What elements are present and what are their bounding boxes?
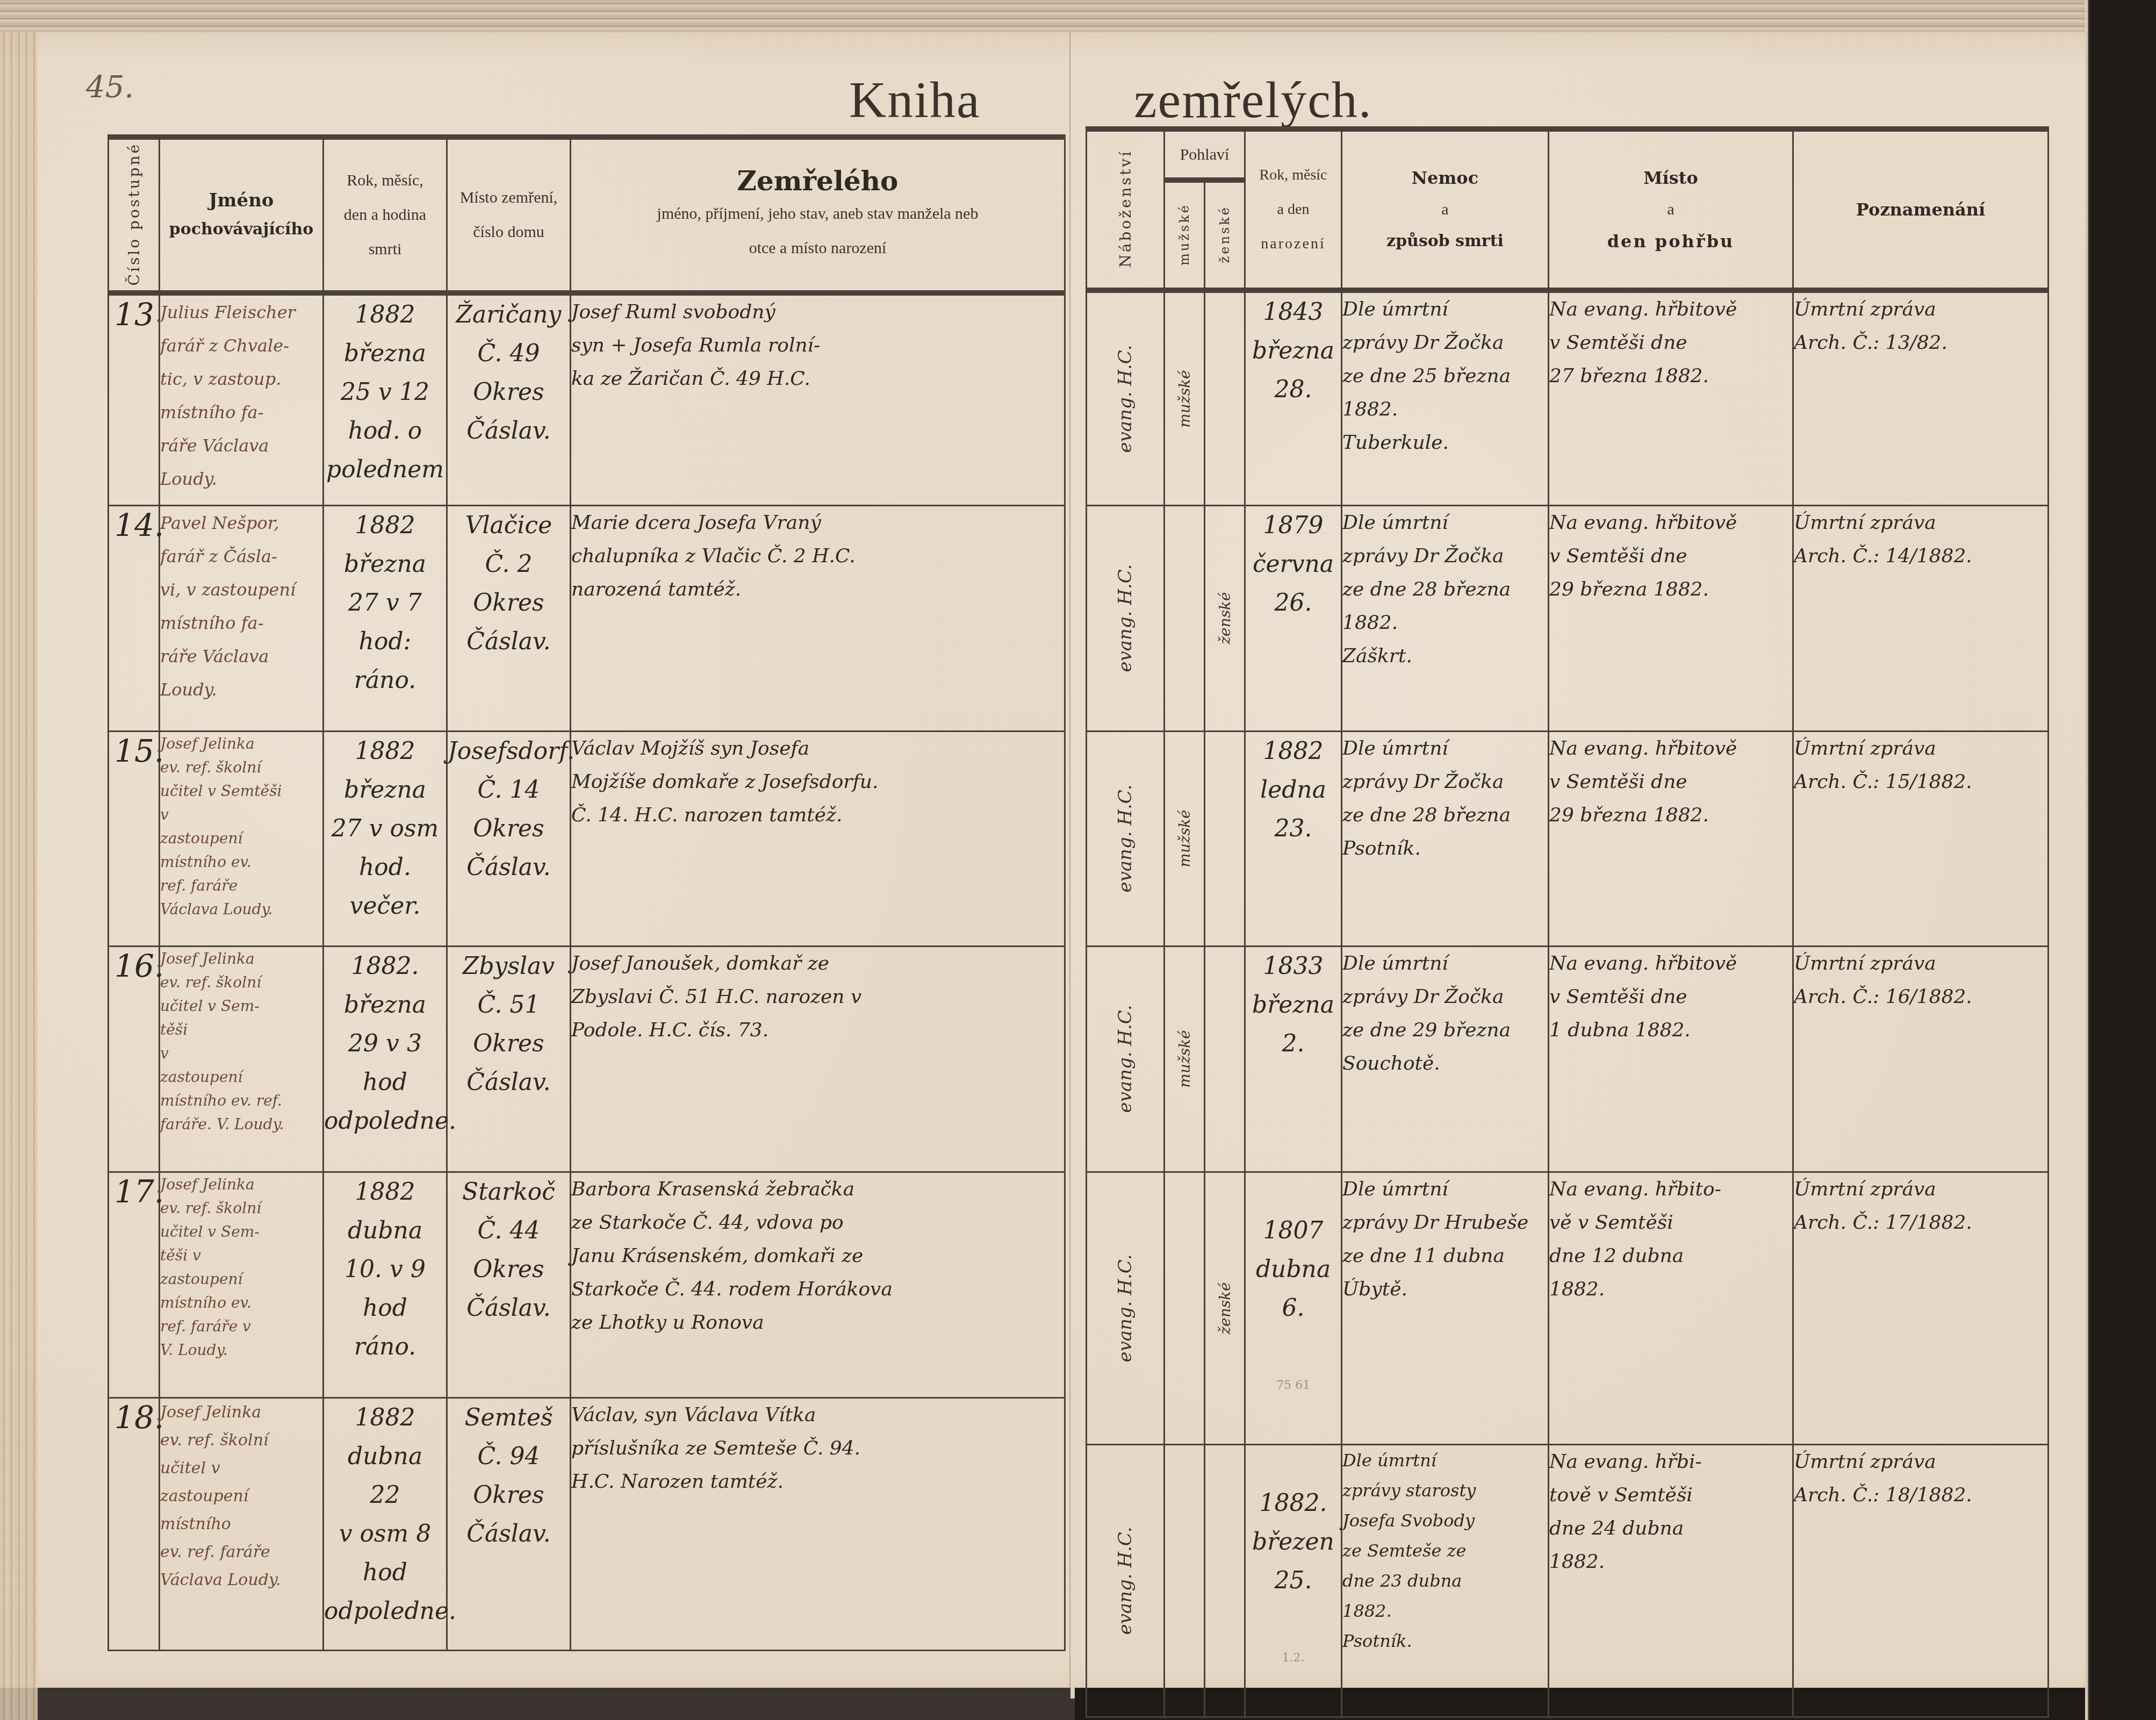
- female-cell: [1205, 731, 1245, 946]
- female-cell: [1205, 1444, 1245, 1717]
- cause-of-death: Dle úmrtní zprávy Dr Žočka ze dne 28 bře…: [1342, 731, 1549, 946]
- left-register-table: Číslo postupné Jméno pochovávajícího Rok…: [107, 134, 1066, 1651]
- table-row: 14. Pavel Nešpor, farář z Čásla- vi, v z…: [109, 505, 1065, 731]
- pencil-annotation: 75 61: [1246, 1366, 1341, 1405]
- male-cell: [1165, 1444, 1205, 1717]
- table-row: evang. H.C. ženské 1807 dubna 6. 75 61 D…: [1087, 1172, 2049, 1444]
- sex-female: ženské: [1216, 592, 1234, 644]
- entry-number: 13: [109, 293, 160, 505]
- burial-place-date: Na evang. hřbi- tově v Semtěši dne 24 du…: [1549, 1444, 1793, 1717]
- entry-number: 15.: [109, 731, 160, 946]
- header-misto-zemreni: Místo zemření, číslo domu: [447, 137, 571, 293]
- religion-cell: evang. H.C.: [1087, 290, 1165, 505]
- cause-of-death: Dle úmrtní zprávy Dr Žočka ze dne 28 bře…: [1342, 505, 1549, 731]
- burial-place-date: Na evang. hřbitově v Semtěši dne 1 dubna…: [1549, 946, 1793, 1172]
- officiant: Josef Jelinka ev. ref. školní učitel v S…: [160, 946, 324, 1172]
- table-row: evang. H.C. mužské 1882 ledna 23. Dle úm…: [1087, 731, 2049, 946]
- cause-of-death: Dle úmrtní zprávy Dr Hrubeše ze dne 11 d…: [1342, 1172, 1549, 1444]
- deceased-details: Josef Ruml svobodný syn + Josefa Rumla r…: [571, 293, 1065, 505]
- death-place: Zbyslav Č. 51 Okres Čáslav.: [447, 946, 571, 1172]
- religion: evang. H.C.: [1115, 345, 1136, 453]
- sex-female: ženské: [1216, 1282, 1234, 1334]
- birth-date: 1833 března 2.: [1245, 946, 1342, 1172]
- religion: evang. H.C.: [1115, 1526, 1136, 1635]
- header-pohlavi: Pohlaví: [1165, 129, 1245, 180]
- entry-number: 16.: [109, 946, 160, 1172]
- burial-place-date: Na evang. hřbitově v Semtěši dne 29 břez…: [1549, 731, 1793, 946]
- sex-male: mužské: [1176, 370, 1194, 427]
- religion-cell: evang. H.C.: [1087, 731, 1165, 946]
- male-cell: mužské: [1165, 290, 1205, 505]
- entry-number: 17.: [109, 1172, 160, 1397]
- religion-cell: evang. H.C.: [1087, 1444, 1165, 1717]
- birth-date: 1882. březen 25. 1.2.: [1245, 1444, 1342, 1717]
- religion-cell: evang. H.C.: [1087, 505, 1165, 731]
- officiant: Pavel Nešpor, farář z Čásla- vi, v zasto…: [160, 505, 324, 731]
- header-zemreleho: Zemřelého jméno, příjmení, jeho stav, an…: [571, 137, 1065, 293]
- remarks: Úmrtní zpráva Arch. Č.: 13/82.: [1793, 290, 2049, 505]
- table-row: evang. H.C. 1882. březen 25. 1.2. Dle úm…: [1087, 1444, 2049, 1717]
- register-title-left: Kniha: [849, 70, 981, 130]
- religion: evang. H.C.: [1115, 785, 1136, 893]
- death-date: 1882 dubna 22 v osm 8 hod odpoledne.: [324, 1397, 447, 1650]
- female-cell: ženské: [1205, 505, 1245, 731]
- register-title-right: zemřelých.: [1134, 70, 1372, 130]
- header-jmeno: Jméno pochovávajícího: [160, 137, 324, 293]
- officiant: Julius Fleischer farář z Chvale- tic, v …: [160, 293, 324, 505]
- table-row: 13 Julius Fleischer farář z Chvale- tic,…: [109, 293, 1065, 505]
- religion: evang. H.C.: [1115, 1254, 1136, 1362]
- death-place: Josefsdorf. Č. 14 Okres Čáslav.: [447, 731, 571, 946]
- male-cell: mužské: [1165, 731, 1205, 946]
- entry-number: 18.: [109, 1397, 160, 1650]
- death-place: Vlačice Č. 2 Okres Čáslav.: [447, 505, 571, 731]
- table-row: evang. H.C. mužské 1843 března 28. Dle ú…: [1087, 290, 2049, 505]
- right-register-table: Náboženství Pohlaví Rok, měsíc a den nar…: [1086, 126, 2049, 1718]
- remarks: Úmrtní zpráva Arch. Č.: 17/1882.: [1793, 1172, 2049, 1444]
- page-number: 45.: [86, 70, 134, 105]
- table-row: 17. Josef Jelinka ev. ref. školní učitel…: [109, 1172, 1065, 1397]
- header-rok-smrti: Rok, měsíc, den a hodina smrti: [324, 137, 447, 293]
- religion: evang. H.C.: [1115, 564, 1136, 672]
- table-row: 18. Josef Jelinka ev. ref. školní učitel…: [109, 1397, 1065, 1650]
- deceased-details: Josef Janoušek, domkař ze Zbyslavi Č. 51…: [571, 946, 1065, 1172]
- table-row: evang. H.C. mužské 1833 března 2. Dle úm…: [1087, 946, 2049, 1172]
- left-page-edges: [0, 0, 38, 1720]
- header-nabozenstvi: Náboženství: [1087, 129, 1165, 290]
- burial-place-date: Na evang. hřbitově v Semtěši dne 29 břez…: [1549, 505, 1793, 731]
- female-cell: [1205, 946, 1245, 1172]
- death-date: 1882 března 27 v 7 hod: ráno.: [324, 505, 447, 731]
- male-cell: [1165, 1172, 1205, 1444]
- header-poznamenani: Poznamenání: [1793, 129, 2049, 290]
- remarks: Úmrtní zpráva Arch. Č.: 16/1882.: [1793, 946, 2049, 1172]
- entry-number: 14.: [109, 505, 160, 731]
- male-cell: [1165, 505, 1205, 731]
- remarks: Úmrtní zpráva Arch. Č.: 15/1882.: [1793, 731, 2049, 946]
- right-book-edge: [2085, 0, 2156, 1720]
- table-row: 15. Josef Jelinka ev. ref. školní učitel…: [109, 731, 1065, 946]
- death-place: Starkoč Č. 44 Okres Čáslav.: [447, 1172, 571, 1397]
- officiant: Josef Jelinka ev. ref. školní učitel v z…: [160, 1397, 324, 1650]
- religion: evang. H.C.: [1115, 1005, 1136, 1113]
- death-date: 1882 března 27 v osm hod. večer.: [324, 731, 447, 946]
- sex-male: mužské: [1176, 1030, 1194, 1087]
- pencil-annotation: 1.2.: [1246, 1639, 1341, 1678]
- table-row: 16. Josef Jelinka ev. ref. školní učitel…: [109, 946, 1065, 1172]
- top-page-edges: [0, 0, 2085, 32]
- officiant: Josef Jelinka ev. ref. školní učitel v S…: [160, 1172, 324, 1397]
- header-misto-pohrbu: Místo a den pohřbu: [1549, 129, 1793, 290]
- remarks: Úmrtní zpráva Arch. Č.: 14/1882.: [1793, 505, 2049, 731]
- table-row: evang. H.C. ženské 1879 června 26. Dle ú…: [1087, 505, 2049, 731]
- male-cell: mužské: [1165, 946, 1205, 1172]
- religion-cell: evang. H.C.: [1087, 1172, 1165, 1444]
- religion-cell: evang. H.C.: [1087, 946, 1165, 1172]
- left-header-row: Číslo postupné Jméno pochovávajícího Rok…: [109, 137, 1065, 293]
- death-date: 1882 března 25 v 12 hod. o polednem: [324, 293, 447, 505]
- cause-of-death: Dle úmrtní zprávy starosty Josefa Svobod…: [1342, 1444, 1549, 1717]
- deceased-details: Václav Mojžíš syn Josefa Mojžíše domkaře…: [571, 731, 1065, 946]
- birth-date: 1879 června 26.: [1245, 505, 1342, 731]
- female-cell: [1205, 290, 1245, 505]
- birth-date: 1843 března 28.: [1245, 290, 1342, 505]
- deceased-details: Barbora Krasenská žebračka ze Starkoče Č…: [571, 1172, 1065, 1397]
- death-date: 1882. března 29 v 3 hod odpoledne.: [324, 946, 447, 1172]
- header-nemoc: Nemoc a způsob smrti: [1342, 129, 1549, 290]
- sex-male: mužské: [1176, 809, 1194, 867]
- deceased-details: Marie dcera Josefa Vraný chalupníka z Vl…: [571, 505, 1065, 731]
- female-cell: ženské: [1205, 1172, 1245, 1444]
- birth-date: 1807 dubna 6. 75 61: [1245, 1172, 1342, 1444]
- header-zenske: ženské: [1205, 180, 1245, 290]
- burial-place-date: Na evang. hřbitově v Semtěši dne 27 břez…: [1549, 290, 1793, 505]
- header-cislo: Číslo postupné: [109, 137, 160, 293]
- cause-of-death: Dle úmrtní zprávy Dr Žočka ze dne 29 bře…: [1342, 946, 1549, 1172]
- cause-of-death: Dle úmrtní zprávy Dr Žočka ze dne 25 bře…: [1342, 290, 1549, 505]
- death-place: Semteš Č. 94 Okres Čáslav.: [447, 1397, 571, 1650]
- officiant: Josef Jelinka ev. ref. školní učitel v S…: [160, 731, 324, 946]
- header-muzske: mužské: [1165, 180, 1205, 290]
- header-narozeni: Rok, měsíc a den narození: [1245, 129, 1342, 290]
- deceased-details: Václav, syn Václava Vítka příslušníka ze…: [571, 1397, 1065, 1650]
- death-date: 1882 dubna 10. v 9 hod ráno.: [324, 1172, 447, 1397]
- birth-date: 1882 ledna 23.: [1245, 731, 1342, 946]
- remarks: Úmrtní zpráva Arch. Č.: 18/1882.: [1793, 1444, 2049, 1717]
- death-place: Žaričany Č. 49 Okres Čáslav.: [447, 293, 571, 505]
- burial-place-date: Na evang. hřbito- vě v Semtěši dne 12 du…: [1549, 1172, 1793, 1444]
